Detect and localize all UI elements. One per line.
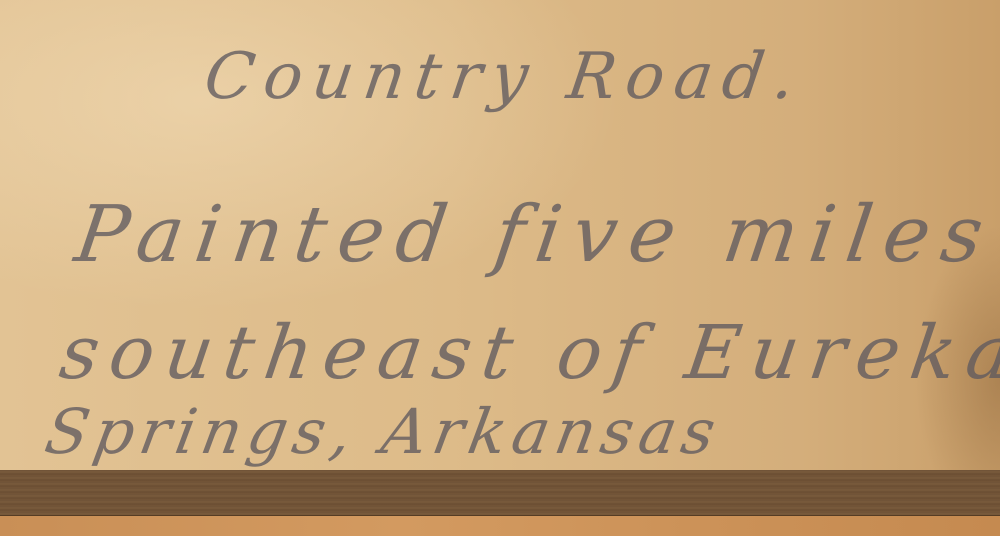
inscription-line-1: Painted five miles <box>70 190 1000 280</box>
aged-paper: Country Road. Painted five miles southea… <box>0 0 1000 470</box>
inscription-title: Country Road. <box>200 40 809 114</box>
inscription-line-2: southeast of Eureka <box>55 310 1000 396</box>
wooden-frame-edge <box>0 470 1000 516</box>
lower-wood-strip <box>0 516 1000 536</box>
inscription-line-3: Springs, Arkansas <box>40 395 727 468</box>
